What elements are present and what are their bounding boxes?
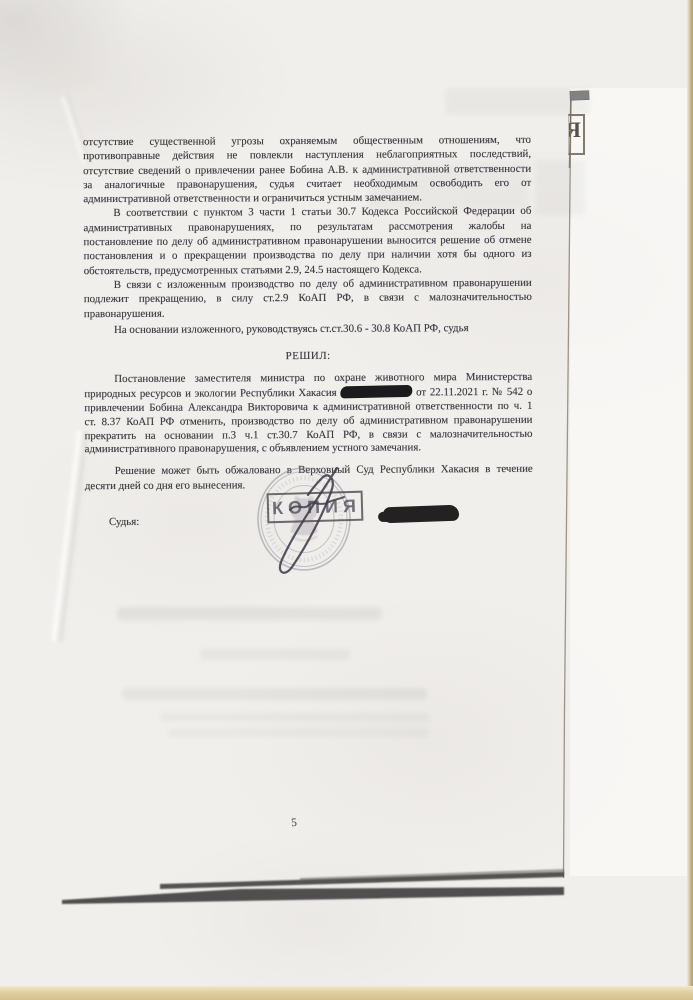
redaction-bar [340, 385, 412, 399]
text-line: На основании изложенного, руководствуясь… [84, 321, 532, 338]
bleed-through-smudge [445, 88, 590, 115]
text-line: правонарушения. [84, 304, 532, 321]
paragraph-termination: В связи с изложенным производство по дел… [84, 276, 532, 321]
bleed-through-smudge [117, 607, 382, 620]
text-line: прекратить на основании п.3 ч.1 ст.30.7 … [85, 427, 533, 443]
text-line: за аналогичные правонарушения, судья счи… [83, 176, 531, 193]
signature [240, 455, 370, 585]
text-line: подлежит прекращению, в силу ст.2.9 КоАП… [84, 290, 532, 307]
table-surface-right [687, 0, 693, 1000]
paragraph-resolution: Постановление заместителя министра по ох… [84, 371, 532, 457]
bleed-through-smudge [168, 728, 430, 737]
corner-stamp-letter: Я [568, 117, 581, 142]
bleed-through-smudge [200, 649, 350, 660]
underlying-sheet [570, 88, 688, 876]
bleed-through-smudge [160, 713, 430, 722]
sheet-edge-shadow [62, 869, 564, 904]
text-line: постановления и о прекращении производст… [84, 247, 532, 264]
paragraph-koap-30-7: В соответствии с пунктом 3 части 1 стать… [83, 204, 531, 278]
page-number: 5 [282, 816, 307, 830]
bleed-through-smudge [535, 160, 585, 215]
text-fragment: от 22.11.2021 г. № 542 о [416, 386, 532, 399]
paragraph-mitigating-circumstances: отсутствие существенной угрозы охраняемы… [83, 133, 531, 207]
paragraph-ruling-basis: На основании изложенного, руководствуясь… [84, 321, 532, 338]
signature-redaction [383, 505, 460, 524]
resolution-heading: РЕШИЛ: [84, 348, 532, 365]
corner-stamp-fragment: Я [568, 114, 585, 155]
bleed-through-smudge [122, 688, 427, 700]
text-fragment: природных ресурсов и экологии Республики… [84, 387, 336, 400]
judge-label: Судья: [109, 516, 139, 528]
table-surface-bottom [0, 986, 693, 1000]
